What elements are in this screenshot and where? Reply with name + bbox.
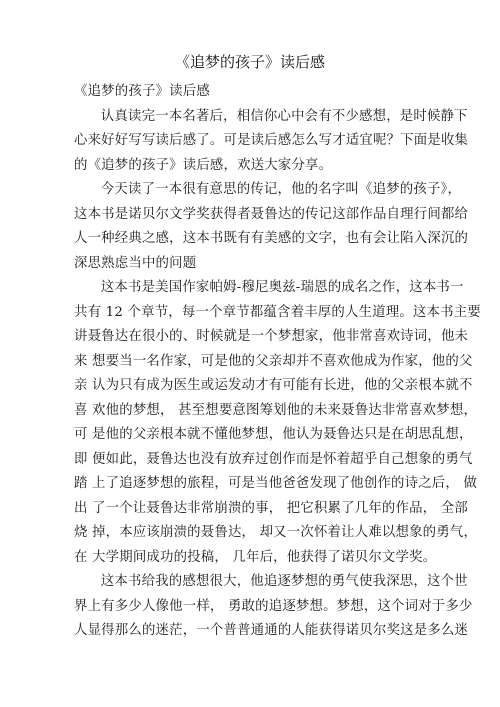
- text-line: 即 便如此，聂鲁达也没有放弃过创作而是怀着超乎自己想象的勇气: [74, 448, 426, 473]
- text-line: 认真读完一本名著后，相信你心中会有不少感想，是时候静下: [74, 105, 426, 130]
- text-line: 的《追梦的孩子》读后感，欢送大家分享。: [74, 154, 426, 179]
- text-line: 这本书是美国作家帕姆-穆尼奥兹-瑞恩的成名之作，这本书一: [74, 276, 426, 301]
- paragraph-overview: 今天读了一本很有意思的传记，他的名字叫《追梦的孩子》， 这本书是诺贝尔文学奖获得…: [74, 178, 426, 276]
- text-line: 这本书给我的感想很大，他追逐梦想的勇气使我深思，这个世: [74, 570, 426, 595]
- text-line: 烧 掉，本应该崩溃的聂鲁达， 却又一次怀着让人难以想象的勇气，: [74, 521, 426, 546]
- text-line: 出 了一个让聂鲁达非常崩溃的事， 把它积累了几年的作品， 全部: [74, 497, 426, 522]
- document-page: 《追梦的孩子》读后感 《追梦的孩子》读后感 认真读完一本名著后，相信你心中会有不…: [0, 0, 500, 707]
- text-line: 来 想要当一名作家，可是他的父亲却并不喜欢他成为作家，他的父: [74, 350, 426, 375]
- document-body: 《追梦的孩子》读后感 认真读完一本名著后，相信你心中会有不少感想，是时候静下 心…: [74, 80, 426, 644]
- text-line: 界上有多少人像他一样， 勇敢的追逐梦想。梦想，这个词对于多少: [74, 595, 426, 620]
- subheading: 《追梦的孩子》读后感: [74, 80, 426, 105]
- text-line: 喜 欢他的梦想， 甚至想要意图筹划他的未来聂鲁达非常喜欢梦想，: [74, 399, 426, 424]
- text-line: 心来好好写写读后感了。可是读后感怎么写才适宜呢？下面是收集: [74, 129, 426, 154]
- text-line: 在 大学期间成功的投稿， 几年后，他获得了诺贝尔文学奖。: [74, 546, 426, 571]
- text-line: 深思熟虑当中的问题: [74, 252, 426, 277]
- text-line: 这本书是诺贝尔文学奖获得者聂鲁达的传记这部作品自理行间都给: [74, 203, 426, 228]
- text-line: 讲聂鲁达在很小的、时候就是一个梦想家，他非常喜欢诗词，他未: [74, 325, 426, 350]
- text-line: 亲 认为只有成为医生或运发动才有可能有长进，他的父亲根本就不: [74, 374, 426, 399]
- text-line: 共有 12 个章节，每一个章节都蕴含着丰厚的人生道理。这本书主要: [74, 301, 426, 326]
- paragraph-reflection: 这本书给我的感想很大，他追逐梦想的勇气使我深思，这个世 界上有多少人像他一样， …: [74, 570, 426, 644]
- paragraph-summary: 这本书是美国作家帕姆-穆尼奥兹-瑞恩的成名之作，这本书一 共有 12 个章节，每…: [74, 276, 426, 570]
- paragraph-intro: 认真读完一本名著后，相信你心中会有不少感想，是时候静下 心来好好写写读后感了。可…: [74, 105, 426, 179]
- document-title: 《追梦的孩子》读后感: [0, 52, 500, 72]
- text-line: 可 是他的父亲根本就不懂他梦想，他认为聂鲁达只是在胡思乱想，: [74, 423, 426, 448]
- text-line: 人显得那么的迷茫，一个普普通通的人能获得诺贝尔奖这是多么迷: [74, 619, 426, 644]
- text-line: 踏 上了追逐梦想的旅程，可是当他爸爸发现了他创作的诗之后， 做: [74, 472, 426, 497]
- text-line: 人一种经典之感，这本书既有有美感的文字，也有会让陷入深沉的: [74, 227, 426, 252]
- text-line: 今天读了一本很有意思的传记，他的名字叫《追梦的孩子》，: [74, 178, 426, 203]
